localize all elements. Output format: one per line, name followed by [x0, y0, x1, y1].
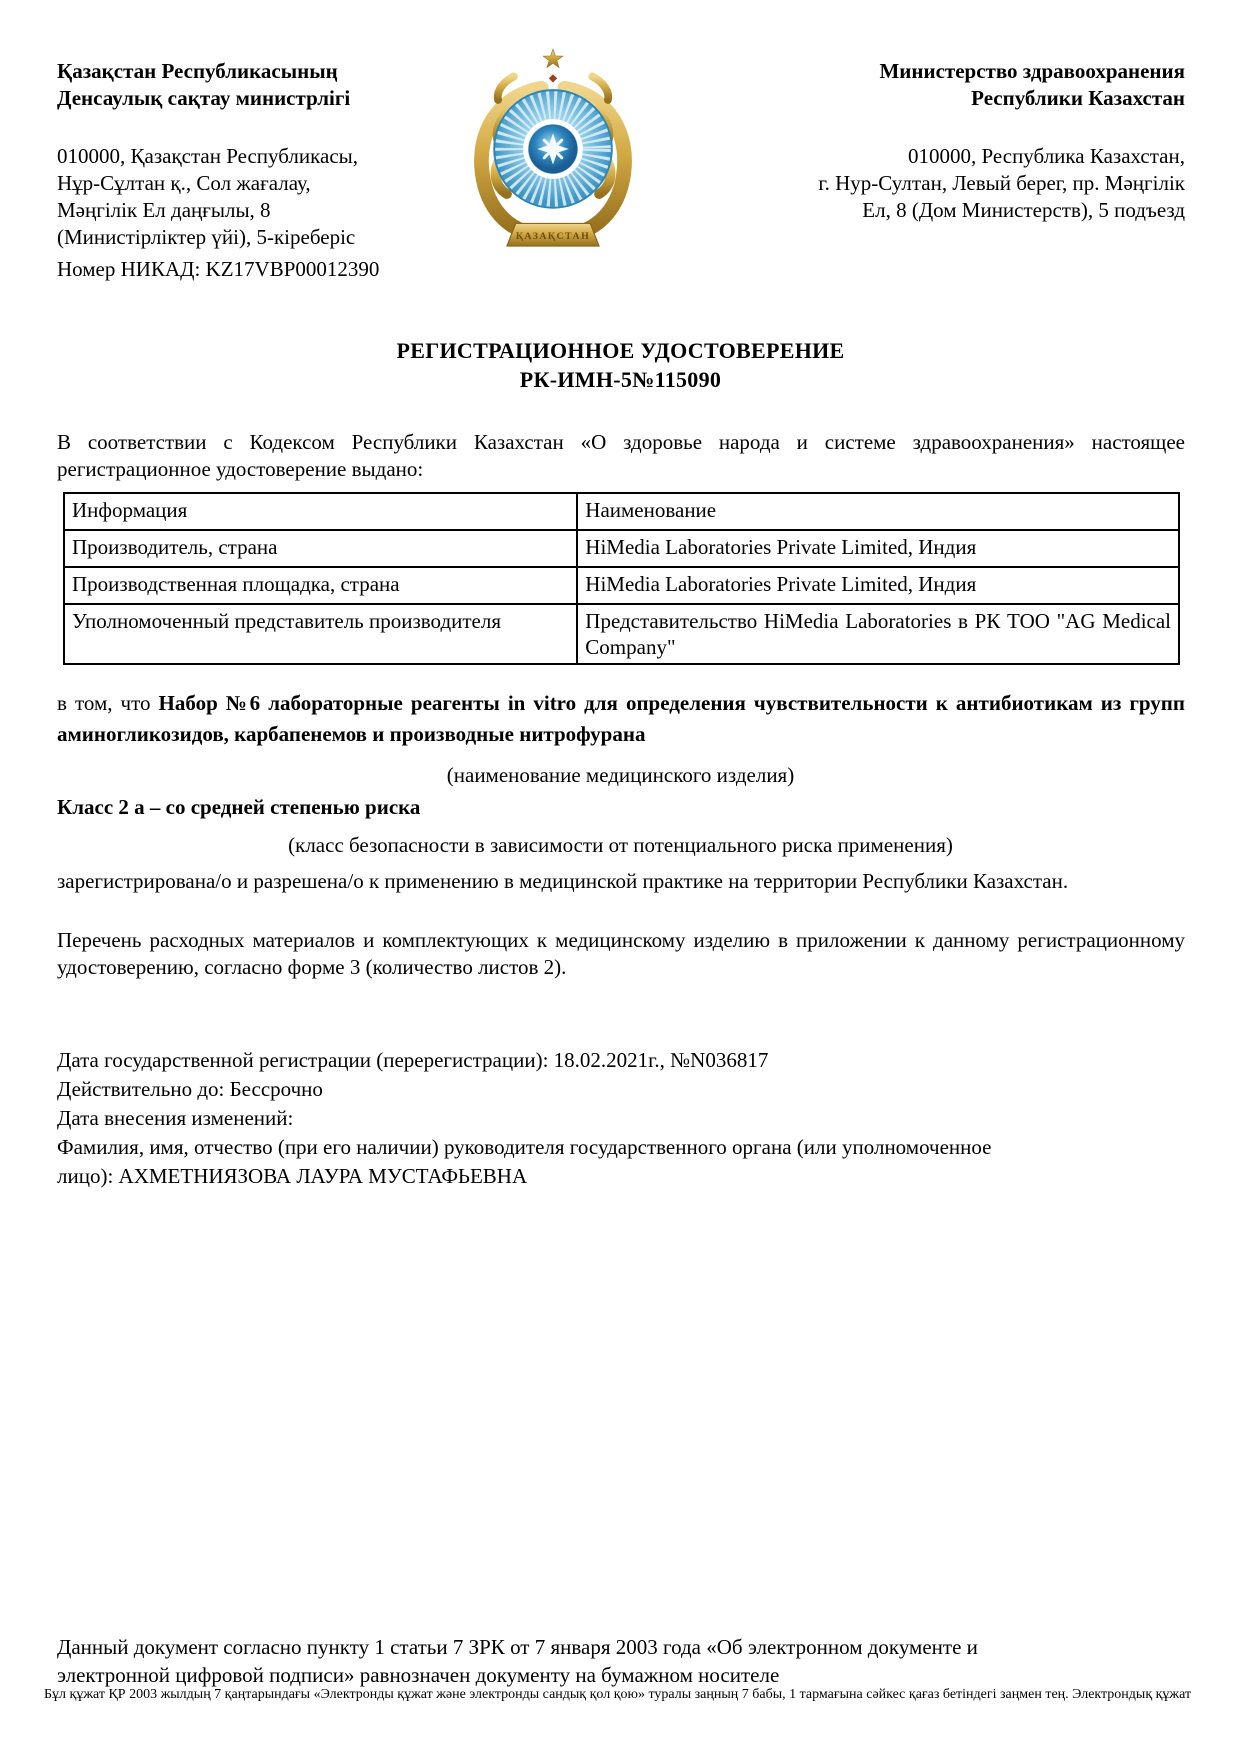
document-title-line1: РЕГИСТРАЦИОННОЕ УДОСТОВЕРЕНИЕ [0, 336, 1241, 365]
header-address-kk-line: (Министірліктер үйі), 5-кіреберіс [57, 224, 487, 251]
emblem-star-icon [543, 49, 563, 68]
registration-table: Информация Наименование Производитель, с… [63, 492, 1180, 665]
product-name-caption: (наименование медицинского изделия) [0, 762, 1241, 789]
table-row: Уполномоченный представитель производите… [64, 604, 1179, 664]
nikad-number: Номер НИКАД: KZ17VBP00012390 [57, 256, 487, 283]
intro-paragraph: В соответствии с Кодексом Республики Каз… [57, 429, 1185, 483]
registration-date-line: Дата государственной регистрации (перере… [57, 1046, 1187, 1075]
emblem-banner-text: ҚАЗАҚСТАН [516, 231, 590, 242]
emblem-top-ornament [549, 74, 557, 82]
header-org-ru-line2: Республики Казахстан [685, 85, 1185, 112]
header-org-kk: Қазақстан Республикасының Денсаулық сақт… [57, 58, 487, 112]
product-paragraph: в том, что Набор №6 лабораторные реагент… [57, 688, 1185, 750]
table-header-row: Информация Наименование [64, 493, 1179, 530]
consumables-paragraph: Перечень расходных материалов и комплект… [57, 927, 1185, 981]
header-address-ru-line: Ел, 8 (Дом Министерств), 5 подъезд [665, 197, 1185, 224]
header-org-kk-line1: Қазақстан Республикасының [57, 58, 487, 85]
table-header-information: Информация [64, 493, 577, 530]
cell-manufacturer-label: Производитель, страна [64, 530, 577, 567]
header-address-ru-line: г. Нур-Султан, Левый берег, пр. Мәңгілік [665, 170, 1185, 197]
legal-statement-ru-line1: Данный документ согласно пункту 1 статьи… [57, 1633, 1197, 1661]
cell-manufacturer-value: HiMedia Laboratories Private Limited, Ин… [577, 530, 1179, 567]
official-name-line2: лицо): АХМЕТНИЯЗОВА ЛАУРА МУСТАФЬЕВНА [57, 1162, 1187, 1191]
header-address-kk-line: Мәңгілік Ел даңғылы, 8 [57, 197, 487, 224]
table-header-name: Наименование [577, 493, 1179, 530]
table-row: Производитель, страна HiMedia Laboratori… [64, 530, 1179, 567]
risk-class: Класс 2 а – со средней степенью риска [57, 794, 1185, 821]
official-name-line1: Фамилия, имя, отчество (при его наличии)… [57, 1133, 1187, 1162]
registered-paragraph: зарегистрирована/о и разрешена/о к приме… [57, 868, 1185, 895]
header-address-kk-line: Нұр-Сұлтан қ., Сол жағалау, [57, 170, 487, 197]
cell-authorized-rep-label: Уполномоченный представитель производите… [64, 604, 577, 664]
risk-class-caption: (класс безопасности в зависимости от пот… [0, 832, 1241, 859]
registration-details: Дата государственной регистрации (перере… [57, 1046, 1187, 1191]
emblem-container: ҚАЗАҚСТАН [455, 42, 651, 252]
header-address-kk: 010000, Қазақстан Республикасы, Нұр-Сұлт… [57, 143, 487, 251]
cell-production-site-label: Производственная площадка, страна [64, 567, 577, 604]
header-org-ru-line1: Министерство здравоохранения [685, 58, 1185, 85]
header-address-ru-line: 010000, Республика Казахстан, [665, 143, 1185, 170]
cell-authorized-rep-value: Представительство HiMedia Laboratories в… [577, 604, 1179, 664]
kazakhstan-emblem-icon: ҚАЗАҚСТАН [455, 42, 651, 252]
registration-certificate-page: Қазақстан Республикасының Денсаулық сақт… [0, 0, 1241, 1754]
header-org-kk-line2: Денсаулық сақтау министрлігі [57, 85, 487, 112]
legal-statement-ru-line2: электронной цифровой подписи» равнозначе… [57, 1661, 1197, 1689]
header-org-ru: Министерство здравоохранения Республики … [685, 58, 1185, 112]
cell-production-site-value: HiMedia Laboratories Private Limited, Ин… [577, 567, 1179, 604]
header-address-kk-line: 010000, Қазақстан Республикасы, [57, 143, 487, 170]
header-address-ru: 010000, Республика Казахстан, г. Нур-Сул… [665, 143, 1185, 224]
product-name: Набор №6 лабораторные реагенты in vitro … [57, 691, 1185, 746]
valid-until-line: Действительно до: Бессрочно [57, 1075, 1187, 1104]
legal-statement-ru: Данный документ согласно пункту 1 статьи… [57, 1633, 1197, 1689]
document-title: РЕГИСТРАЦИОННОЕ УДОСТОВЕРЕНИЕ РК-ИМН-5№1… [0, 336, 1241, 394]
document-title-line2: РК-ИМН-5№115090 [0, 365, 1241, 394]
legal-statement-kk: Бұл құжат ҚР 2003 жылдың 7 қаңтарындағы … [44, 1687, 1241, 1702]
product-prefix: в том, что [57, 691, 159, 715]
table-row: Производственная площадка, страна HiMedi… [64, 567, 1179, 604]
amendment-date-line: Дата внесения изменений: [57, 1104, 1187, 1133]
